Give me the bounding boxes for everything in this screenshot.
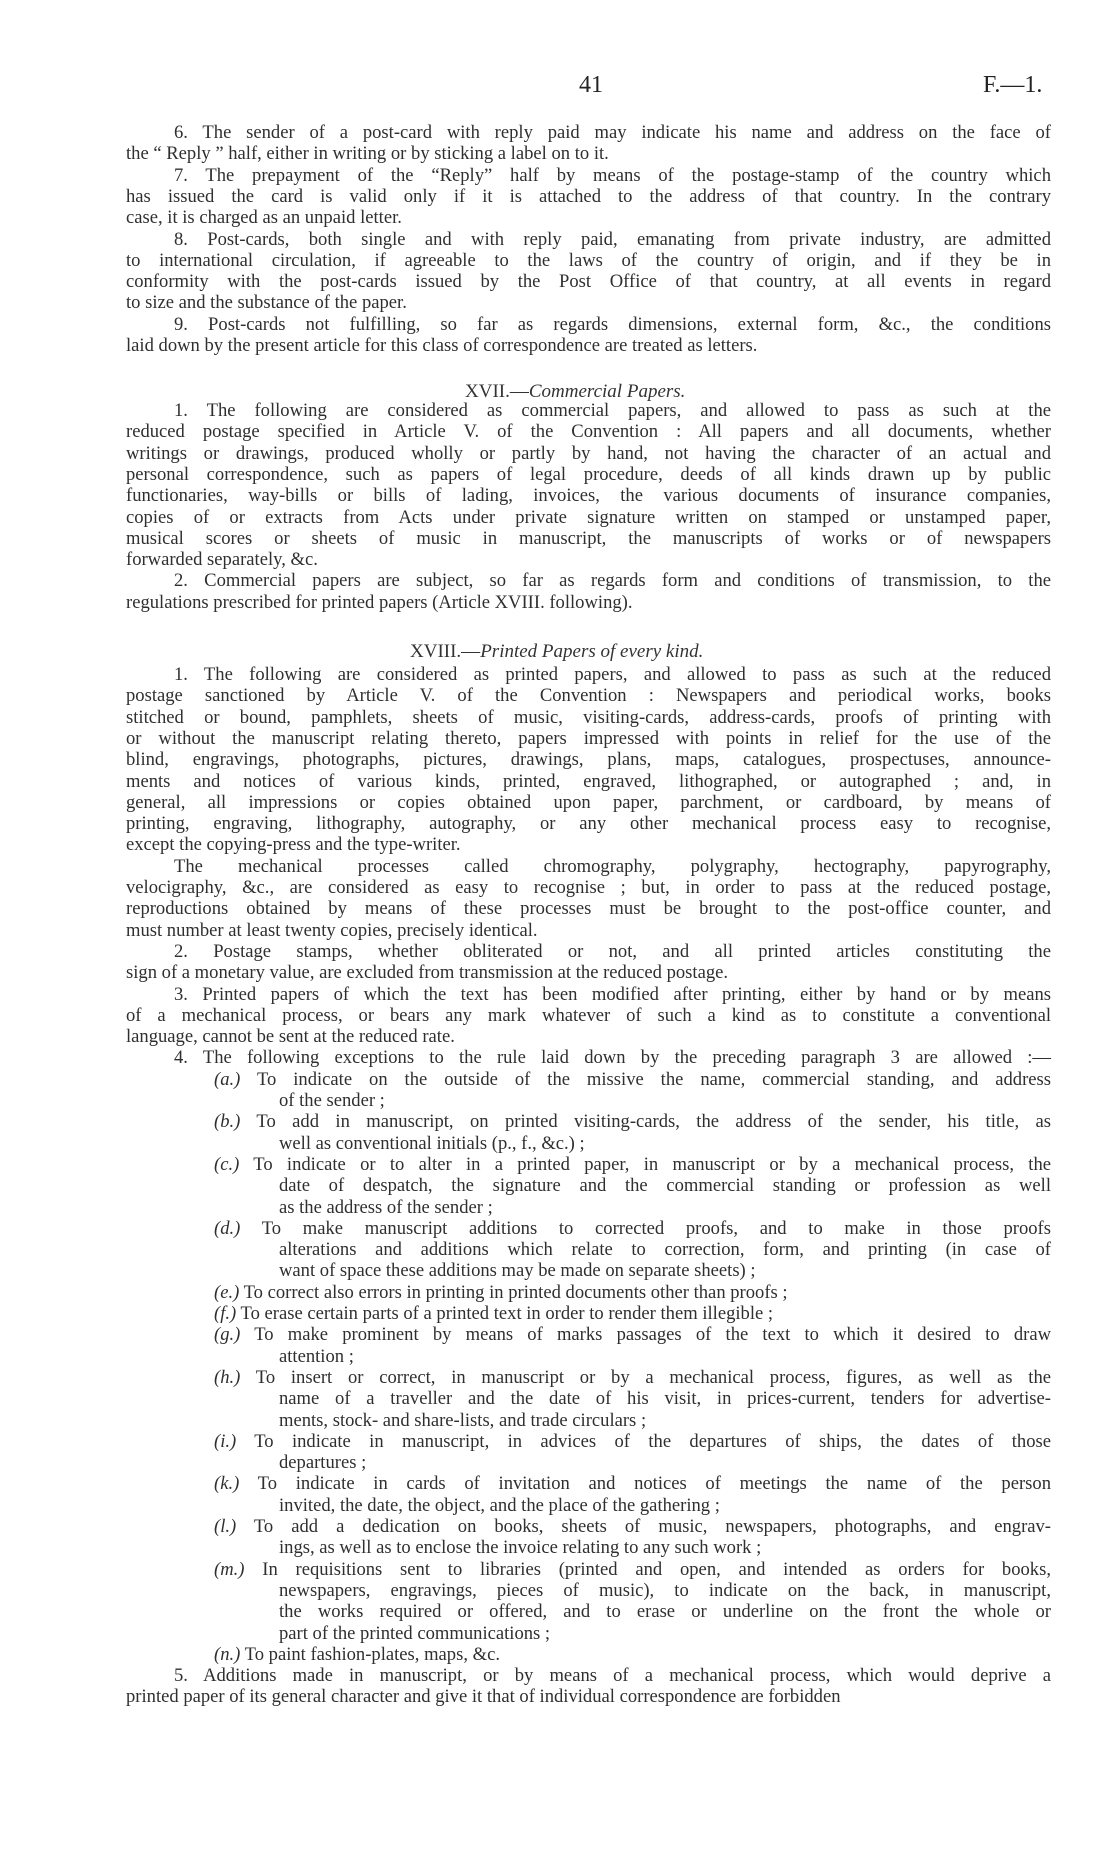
text-line: 9. Post-cards not fulfilling, so far as … <box>174 314 1051 335</box>
text-line: name of a traveller and the date of his … <box>279 1388 1051 1409</box>
list-item: (f.) To erase certain parts of a printed… <box>214 1303 1051 1324</box>
text-line: functionaries, way-bills or bills of lad… <box>126 485 1051 506</box>
item-label: (a.) <box>214 1069 240 1090</box>
text-line: conformity with the post-cards issued by… <box>126 271 1051 292</box>
item-label: (g.) <box>214 1324 240 1345</box>
text-line: blind, engravings, photographs, pictures… <box>126 749 1051 770</box>
line-text: general, all impressions or copies obtai… <box>126 792 1051 813</box>
section-heading-xviii: XVIII.—Printed Papers of every kind. <box>410 641 703 663</box>
line-text: velocigraphy, &c., are considered as eas… <box>126 877 1051 898</box>
list-item: (a.) To indicate on the outside of the m… <box>214 1069 1051 1090</box>
text-line: general, all impressions or copies obtai… <box>126 792 1051 813</box>
line-text: of the sender ; <box>279 1090 385 1111</box>
text-line: copies of or extracts from Acts under pr… <box>126 507 1051 528</box>
line-text: To indicate or to alter in a printed pap… <box>253 1154 1051 1175</box>
text-line: regulations prescribed for printed paper… <box>126 592 1051 613</box>
text-line: reproductions obtained by means of these… <box>126 898 1051 919</box>
line-text: to international circulation, if agreeab… <box>126 250 1051 271</box>
text-line: has issued the card is valid only if it … <box>126 186 1051 207</box>
line-text: forwarded separately, &c. <box>126 549 318 570</box>
text-line: want of space these additions may be mad… <box>279 1260 1051 1281</box>
line-text: part of the printed communications ; <box>279 1623 550 1644</box>
text-line: newspapers, engravings, pieces of music)… <box>279 1580 1051 1601</box>
item-label: (b.) <box>214 1111 240 1132</box>
line-text: blind, engravings, photographs, pictures… <box>126 749 1051 770</box>
line-text: writings or drawings, produced wholly or… <box>126 443 1051 464</box>
text-line: musical scores or sheets of music in man… <box>126 528 1051 549</box>
text-line: invited, the date, the object, and the p… <box>279 1495 1051 1516</box>
line-text: departures ; <box>279 1452 366 1473</box>
list-item: (k.) To indicate in cards of invitation … <box>214 1473 1051 1494</box>
item-label: (n.) <box>214 1644 240 1665</box>
line-text: postage sanctioned by Article V. of the … <box>126 685 1051 706</box>
line-text: of a mechanical process, or bears any ma… <box>126 1005 1051 1026</box>
line-text: except the copying-press and the type-wr… <box>126 834 461 855</box>
line-text: must number at least twenty copies, prec… <box>126 920 538 941</box>
line-text: the “ Reply ” half, either in writing or… <box>126 143 609 164</box>
list-item: (g.) To make prominent by means of marks… <box>214 1324 1051 1345</box>
line-text: has issued the card is valid only if it … <box>126 186 1051 207</box>
line-text: reduced postage specified in Article V. … <box>126 421 1051 442</box>
list-item: (d.) To make manuscript additions to cor… <box>214 1218 1051 1239</box>
page-number: 41 <box>579 72 603 99</box>
text-line: except the copying-press and the type-wr… <box>126 834 1051 855</box>
line-text: printed paper of its general character a… <box>126 1686 841 1707</box>
line-text: 2. Postage stamps, whether obliterated o… <box>174 941 1051 962</box>
line-text: to size and the substance of the paper. <box>126 292 407 313</box>
section-title: Commercial Papers. <box>529 381 686 402</box>
text-line: language, cannot be sent at the reduced … <box>126 1026 1051 1047</box>
line-text: 6. The sender of a post-card with reply … <box>174 122 1051 143</box>
line-text: copies of or extracts from Acts under pr… <box>126 507 1051 528</box>
text-line: of the sender ; <box>279 1090 1051 1111</box>
line-text: ments and notices of various kinds, prin… <box>126 771 1051 792</box>
text-line: of a mechanical process, or bears any ma… <box>126 1005 1051 1026</box>
line-text: To paint fashion-plates, maps, &c. <box>245 1644 500 1665</box>
list-item: (b.) To add in manuscript, on printed vi… <box>214 1111 1051 1132</box>
text-line: laid down by the present article for thi… <box>126 335 1051 356</box>
line-text: want of space these additions may be mad… <box>279 1260 756 1281</box>
item-label: (c.) <box>214 1154 239 1175</box>
text-line: well as conventional initials (p., f., &… <box>279 1133 1051 1154</box>
item-label: (l.) <box>214 1516 236 1537</box>
line-text: To indicate on the outside of the missiv… <box>257 1069 1051 1090</box>
line-text: date of despatch, the signature and the … <box>279 1175 1051 1196</box>
line-text: ings, as well as to enclose the invoice … <box>279 1537 761 1558</box>
text-line: reduced postage specified in Article V. … <box>126 421 1051 442</box>
line-text: functionaries, way-bills or bills of lad… <box>126 485 1051 506</box>
item-label: (k.) <box>214 1473 239 1494</box>
list-item: (n.) To paint fashion-plates, maps, &c. <box>214 1644 1051 1665</box>
line-text: 5. Additions made in manuscript, or by m… <box>174 1665 1051 1686</box>
item-label: (h.) <box>214 1367 240 1388</box>
line-text: laid down by the present article for thi… <box>126 335 757 356</box>
text-line: ings, as well as to enclose the invoice … <box>279 1537 1051 1558</box>
line-text: sign of a monetary value, are excluded f… <box>126 962 728 983</box>
line-text: To erase certain parts of a printed text… <box>241 1303 774 1324</box>
text-line: the works required or offered, and to er… <box>279 1601 1051 1622</box>
line-text: ments, stock- and share-lists, and trade… <box>279 1410 646 1431</box>
line-text: In requisitions sent to libraries (print… <box>262 1559 1051 1580</box>
line-text: personal correspondence, such as papers … <box>126 464 1051 485</box>
text-line: printed paper of its general character a… <box>126 1686 1051 1707</box>
text-line: as the address of the sender ; <box>279 1197 1051 1218</box>
text-line: personal correspondence, such as papers … <box>126 464 1051 485</box>
text-line: 1. The following are considered as print… <box>174 664 1051 685</box>
text-line: ments, stock- and share-lists, and trade… <box>279 1410 1051 1431</box>
line-text: name of a traveller and the date of his … <box>279 1388 1051 1409</box>
list-item: (e.) To correct also errors in printing … <box>214 1282 1051 1303</box>
line-text: regulations prescribed for printed paper… <box>126 592 633 613</box>
line-text: 7. The prepayment of the “Reply” half by… <box>174 165 1051 186</box>
line-text: 2. Commercial papers are subject, so far… <box>174 570 1051 591</box>
line-text: musical scores or sheets of music in man… <box>126 528 1051 549</box>
text-line: date of despatch, the signature and the … <box>279 1175 1051 1196</box>
text-line: 3. Printed papers of which the text has … <box>174 984 1051 1005</box>
text-line: 7. The prepayment of the “Reply” half by… <box>174 165 1051 186</box>
line-text: To add in manuscript, on printed visitin… <box>256 1111 1051 1132</box>
text-line: alterations and additions which relate t… <box>279 1239 1051 1260</box>
line-text: 3. Printed papers of which the text has … <box>174 984 1051 1005</box>
text-line: to international circulation, if agreeab… <box>126 250 1051 271</box>
line-text: To correct also errors in printing in pr… <box>244 1282 788 1303</box>
line-text: reproductions obtained by means of these… <box>126 898 1051 919</box>
line-text: attention ; <box>279 1346 354 1367</box>
line-text: language, cannot be sent at the reduced … <box>126 1026 455 1047</box>
line-text: To make manuscript additions to correcte… <box>262 1218 1051 1239</box>
line-text: case, it is charged as an unpaid letter. <box>126 207 402 228</box>
list-item: (i.) To indicate in manuscript, in advic… <box>214 1431 1051 1452</box>
item-label: (d.) <box>214 1218 240 1239</box>
item-label: (i.) <box>214 1431 236 1452</box>
text-line: 2. Commercial papers are subject, so far… <box>174 570 1051 591</box>
text-line: velocigraphy, &c., are considered as eas… <box>126 877 1051 898</box>
text-line: must number at least twenty copies, prec… <box>126 920 1051 941</box>
line-text: conformity with the post-cards issued by… <box>126 271 1051 292</box>
list-item: (m.) In requisitions sent to libraries (… <box>214 1559 1051 1580</box>
text-line: part of the printed communications ; <box>279 1623 1051 1644</box>
line-text: well as conventional initials (p., f., &… <box>279 1133 585 1154</box>
line-text: 9. Post-cards not fulfilling, so far as … <box>174 314 1051 335</box>
text-line: 2. Postage stamps, whether obliterated o… <box>174 941 1051 962</box>
text-line: forwarded separately, &c. <box>126 549 1051 570</box>
item-label: (f.) <box>214 1303 236 1324</box>
text-line: to size and the substance of the paper. <box>126 292 1051 313</box>
line-text: newspapers, engravings, pieces of music)… <box>279 1580 1051 1601</box>
document-page: 41 F.—1. 6. The sender of a post-card wi… <box>0 0 1114 1855</box>
section-title: Printed Papers of every kind. <box>480 641 703 662</box>
text-line: printing, engraving, lithography, autogr… <box>126 813 1051 834</box>
text-line: stitched or bound, pamphlets, sheets of … <box>126 707 1051 728</box>
line-text: 1. The following are considered as comme… <box>174 400 1051 421</box>
line-text: or without the manuscript relating there… <box>126 728 1051 749</box>
line-text: To indicate in manuscript, in advices of… <box>254 1431 1051 1452</box>
text-line: or without the manuscript relating there… <box>126 728 1051 749</box>
line-text: 8. Post-cards, both single and with repl… <box>174 229 1051 250</box>
line-text: The mechanical processes called chromogr… <box>174 856 1051 877</box>
line-text: To indicate in cards of invitation and n… <box>258 1473 1051 1494</box>
item-label: (m.) <box>214 1559 244 1580</box>
text-line: the “ Reply ” half, either in writing or… <box>126 143 1051 164</box>
line-text: 4. The following exceptions to the rule … <box>174 1047 1051 1068</box>
line-text: stitched or bound, pamphlets, sheets of … <box>126 707 1051 728</box>
text-line: postage sanctioned by Article V. of the … <box>126 685 1051 706</box>
line-text: printing, engraving, lithography, autogr… <box>126 813 1051 834</box>
line-text: the works required or offered, and to er… <box>279 1601 1051 1622</box>
line-text: alterations and additions which relate t… <box>279 1239 1051 1260</box>
section-number: XVIII.— <box>410 641 480 662</box>
line-text: To insert or correct, in manuscript or b… <box>256 1367 1051 1388</box>
section-number: XVII.— <box>465 381 529 402</box>
text-line: 8. Post-cards, both single and with repl… <box>174 229 1051 250</box>
text-line: 1. The following are considered as comme… <box>174 400 1051 421</box>
line-text: as the address of the sender ; <box>279 1197 493 1218</box>
line-text: invited, the date, the object, and the p… <box>279 1495 720 1516</box>
text-line: The mechanical processes called chromogr… <box>174 856 1051 877</box>
item-label: (e.) <box>214 1282 239 1303</box>
text-line: case, it is charged as an unpaid letter. <box>126 207 1051 228</box>
text-line: writings or drawings, produced wholly or… <box>126 443 1051 464</box>
text-line: ments and notices of various kinds, prin… <box>126 771 1051 792</box>
text-line: departures ; <box>279 1452 1051 1473</box>
text-line: 6. The sender of a post-card with reply … <box>174 122 1051 143</box>
text-line: attention ; <box>279 1346 1051 1367</box>
line-text: 1. The following are considered as print… <box>174 664 1051 685</box>
list-item: (h.) To insert or correct, in manuscript… <box>214 1367 1051 1388</box>
text-line: 5. Additions made in manuscript, or by m… <box>174 1665 1051 1686</box>
text-line: 4. The following exceptions to the rule … <box>174 1047 1051 1068</box>
line-text: To make prominent by means of marks pass… <box>254 1324 1051 1345</box>
list-item: (l.) To add a dedication on books, sheet… <box>214 1516 1051 1537</box>
list-item: (c.) To indicate or to alter in a printe… <box>214 1154 1051 1175</box>
line-text: To add a dedication on books, sheets of … <box>254 1516 1051 1537</box>
document-reference: F.—1. <box>983 72 1042 99</box>
text-line: sign of a monetary value, are excluded f… <box>126 962 1051 983</box>
